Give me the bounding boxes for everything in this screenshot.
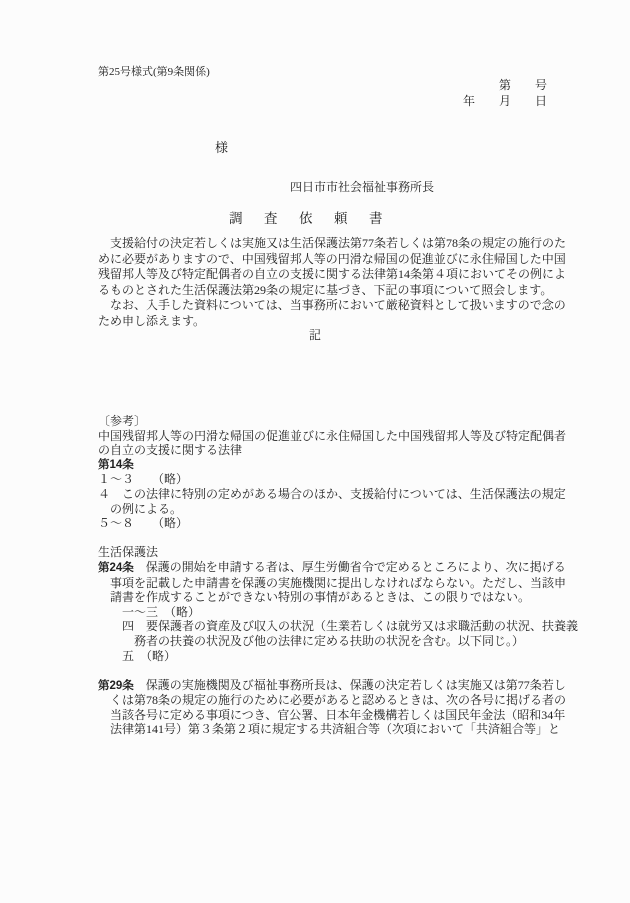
reference-section: 〔参考〕 中国残留邦人等の円滑な帰国の促進並びに永住帰国した中国残留邦人等及び特…	[98, 414, 543, 737]
header-date-block: 第 号 年 月 日	[463, 78, 547, 109]
article29-heading: 第29条	[98, 680, 134, 692]
article14-text: １～３ （略）４ この法律に特別の定めがある場合のほか、支援給付については、生活…	[98, 472, 543, 530]
issue-number-line: 第 号	[463, 78, 547, 94]
article24-heading: 第24条	[98, 562, 134, 574]
article29-first-line-text: 保護の実施機関及び福祉事務所長は、保護の決定若しくは実施又は第77条若し	[134, 678, 566, 692]
spacer	[98, 663, 543, 678]
welfare-law-name: 生活保護法	[98, 545, 543, 560]
article29-first-line: 第29条 保護の実施機関及び福祉事務所長は、保護の決定若しくは実施又は第77条若…	[98, 678, 543, 694]
spacer	[98, 531, 543, 546]
reference-label: 〔参考〕	[98, 414, 543, 429]
document-page: 第25号様式(第9条関係) 第 号 年 月 日 様 四日市市社会福祉事務所長 調…	[0, 0, 630, 903]
reference-law-name: 中国残留邦人等の円滑な帰国の促進並びに永住帰国した中国残留邦人等及び特定配偶者の…	[98, 429, 543, 458]
body-paragraphs: 支援給付の決定若しくは実施又は生活保護法第77条若しくは第78条の規定の施行のた…	[98, 236, 534, 329]
date-line: 年 月 日	[463, 94, 547, 110]
addressee-honorific: 様	[215, 137, 228, 156]
form-number: 第25号様式(第9条関係)	[98, 63, 210, 79]
article14-heading: 第14条	[98, 458, 543, 473]
record-marker: 記	[98, 326, 532, 343]
article24-first-line: 第24条 保護の開始を申請する者は、厚生労働省令で定めるところにより、次に掲げる	[98, 560, 543, 576]
sender-title: 四日市市社会福祉事務所長	[290, 178, 434, 195]
article24-first-line-text: 保護の開始を申請する者は、厚生労働省令で定めるところにより、次に掲げる	[134, 560, 566, 574]
document-title: 調 査 依 頼 書	[229, 207, 387, 227]
article29-text: くは第78条の規定の施行のために必要があると認めるときは、次の各号に掲げる者の …	[98, 693, 543, 737]
article24-text: 事項を記載した申請書を保護の実施機関に提出しなければならない。ただし、当該申 請…	[98, 576, 543, 664]
